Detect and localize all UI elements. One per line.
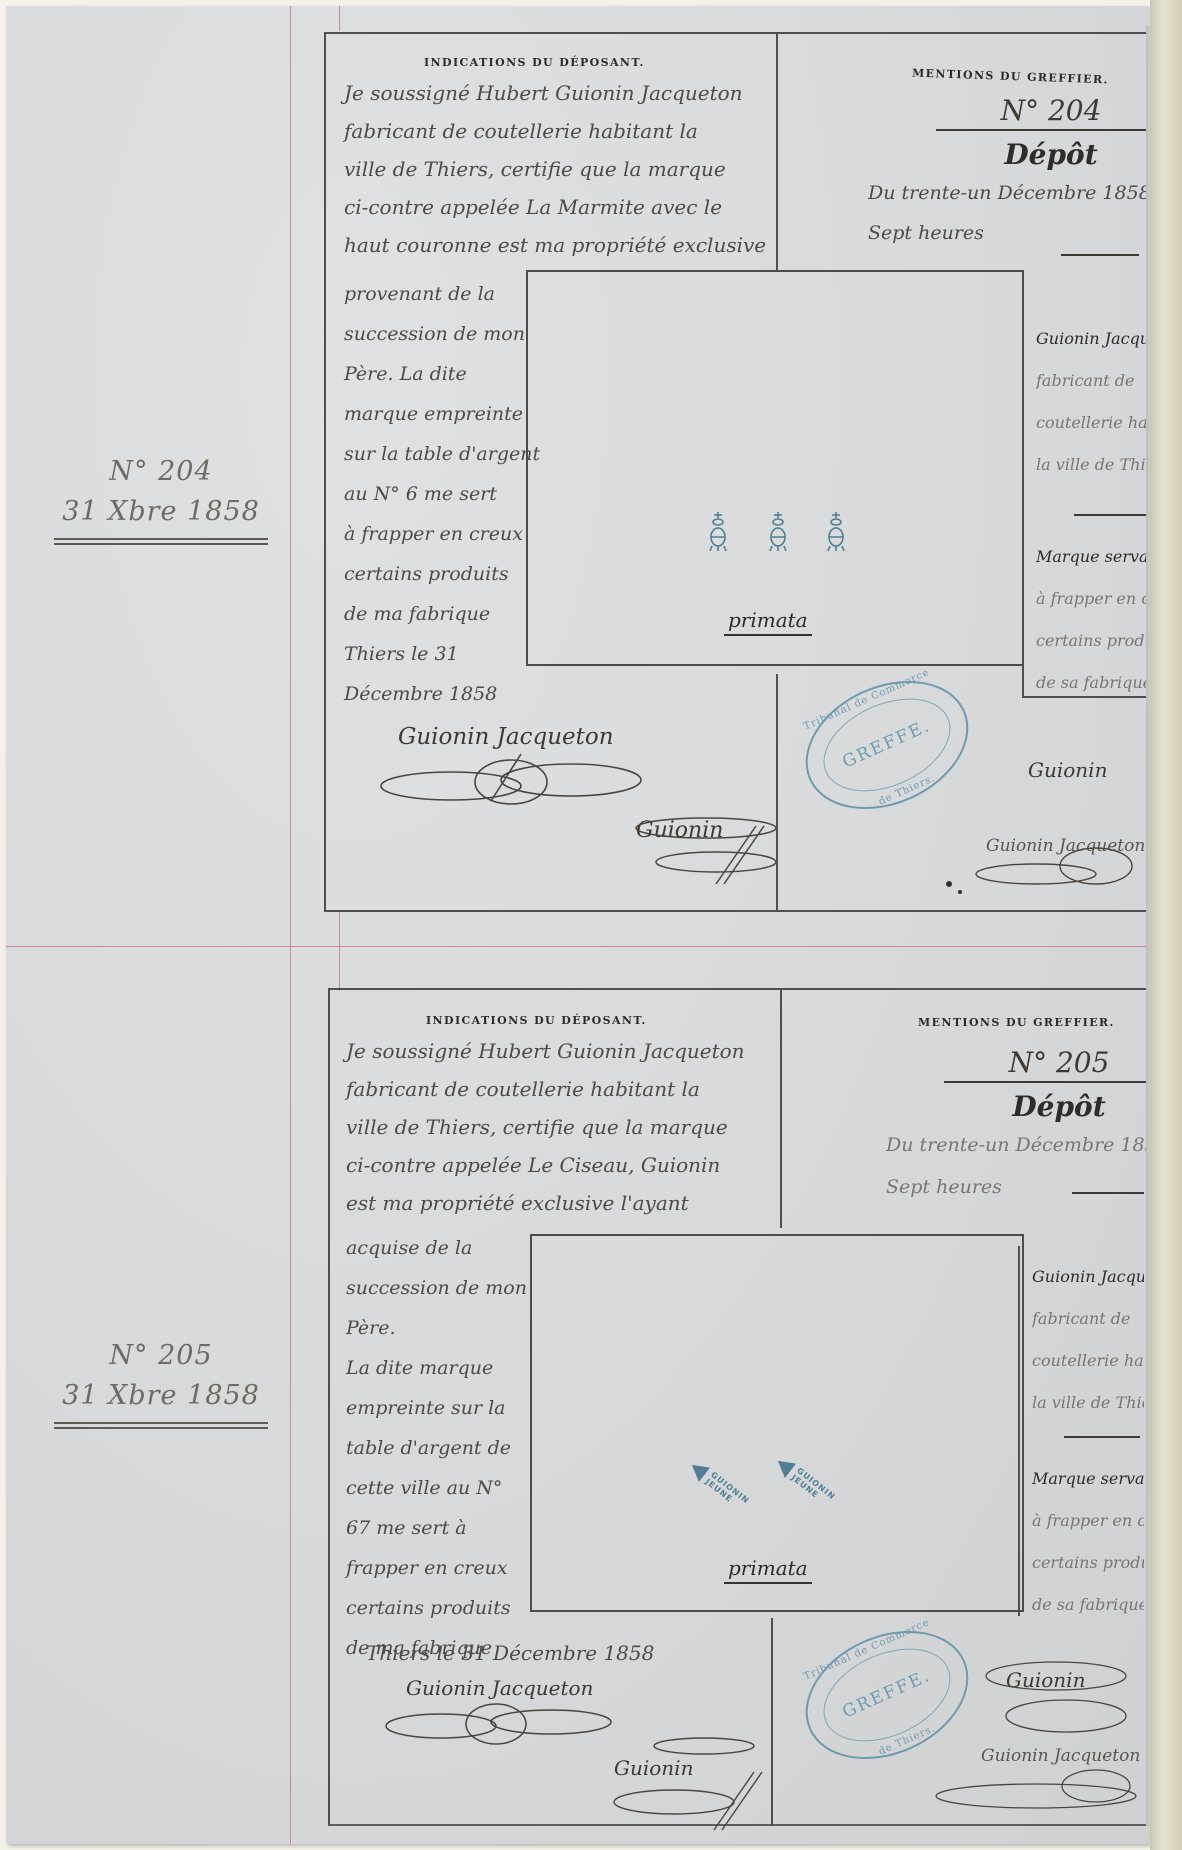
column-divider — [776, 32, 778, 272]
depositor-date: Thiers le 31 Décembre 1858 — [366, 1634, 654, 1672]
clerk-column-flourish — [926, 1646, 1146, 1816]
depositor-statement: Je soussigné Hubert Guionin Jacqueton fa… — [344, 74, 766, 264]
ledger-page: N° 204 31 Xbre 1858 Indications du dépos… — [6, 6, 1156, 1844]
ink-blot — [958, 890, 962, 894]
clerk-column-signature: Guionin — [1028, 758, 1107, 782]
clerk-mark-block: Marque servant à frapper en creux certai… — [1036, 536, 1146, 704]
column-divider — [780, 988, 782, 1228]
red-separator-line — [6, 946, 1156, 947]
double-underline — [54, 1422, 268, 1429]
book-binding — [1150, 0, 1182, 1850]
margin-record-number: N° 204 — [46, 452, 276, 492]
time-rule — [1061, 254, 1139, 256]
deposit-time: Sept heures — [868, 214, 984, 252]
margin-entry: N° 204 31 Xbre 1858 — [46, 452, 276, 545]
margin-record-number: N° 205 — [46, 1336, 276, 1376]
margin-record-date: 31 Xbre 1858 — [46, 1376, 276, 1416]
mark-impression-box — [526, 270, 1024, 666]
clerk-depositor-block: Guionin Jacqueton fabricant de couteller… — [1036, 318, 1146, 486]
deposit-date: Du trente-un Décembre 1858 — [868, 174, 1151, 212]
depositor-statement-continued: provenant de la succession de mon Père. … — [344, 274, 540, 714]
depositor-statement-continued: acquise de la succession de mon Père. La… — [346, 1228, 527, 1668]
clerk-block-rule — [1064, 1436, 1140, 1438]
double-underline — [54, 538, 268, 545]
beetle-mark-icon — [824, 511, 848, 557]
clerk-record-number: N° 204 — [936, 94, 1166, 131]
red-margin-line-left — [290, 6, 291, 1844]
beetle-mark-icon — [706, 511, 730, 557]
ink-blot — [946, 881, 952, 887]
deposit-title: Dépôt — [936, 138, 1166, 171]
red-margin-line-inner-top — [339, 911, 340, 991]
mark-name: primata — [724, 1556, 812, 1584]
deposit-time: Sept heures — [886, 1168, 1002, 1206]
clerk-mark-block: Marque servant à frapper en creux certai… — [1032, 1458, 1144, 1626]
beetle-mark-icon — [766, 511, 790, 557]
clerk-column-flourish — [966, 816, 1146, 896]
header-depositor: Indications du déposant. — [426, 1014, 647, 1027]
deposit-title: Dépôt — [944, 1090, 1174, 1123]
header-depositor: Indications du déposant. — [424, 56, 645, 69]
clerk-signature-flourish — [606, 806, 776, 886]
margin-entry: N° 205 31 Xbre 1858 — [46, 1336, 276, 1429]
clerk-block-rule — [1074, 514, 1152, 516]
clerk-depositor-block: Guionin Jacqueton fabricant de couteller… — [1032, 1256, 1144, 1424]
clerk-signature-flourish — [594, 1732, 784, 1832]
margin-record-date: 31 Xbre 1858 — [46, 492, 276, 532]
mark-name: primata — [724, 608, 812, 636]
clerk-record-number: N° 205 — [944, 1046, 1174, 1083]
column-divider-lower — [776, 674, 778, 912]
time-rule — [1072, 1192, 1144, 1194]
signature-flourish — [361, 1696, 631, 1756]
deposit-date: Du trente-un Décembre 1858 — [886, 1126, 1169, 1164]
red-margin-line-top — [339, 6, 340, 31]
depositor-statement: Je soussigné Hubert Guionin Jacqueton fa… — [346, 1032, 745, 1222]
header-clerk: Mentions du greffier. — [918, 1016, 1115, 1029]
